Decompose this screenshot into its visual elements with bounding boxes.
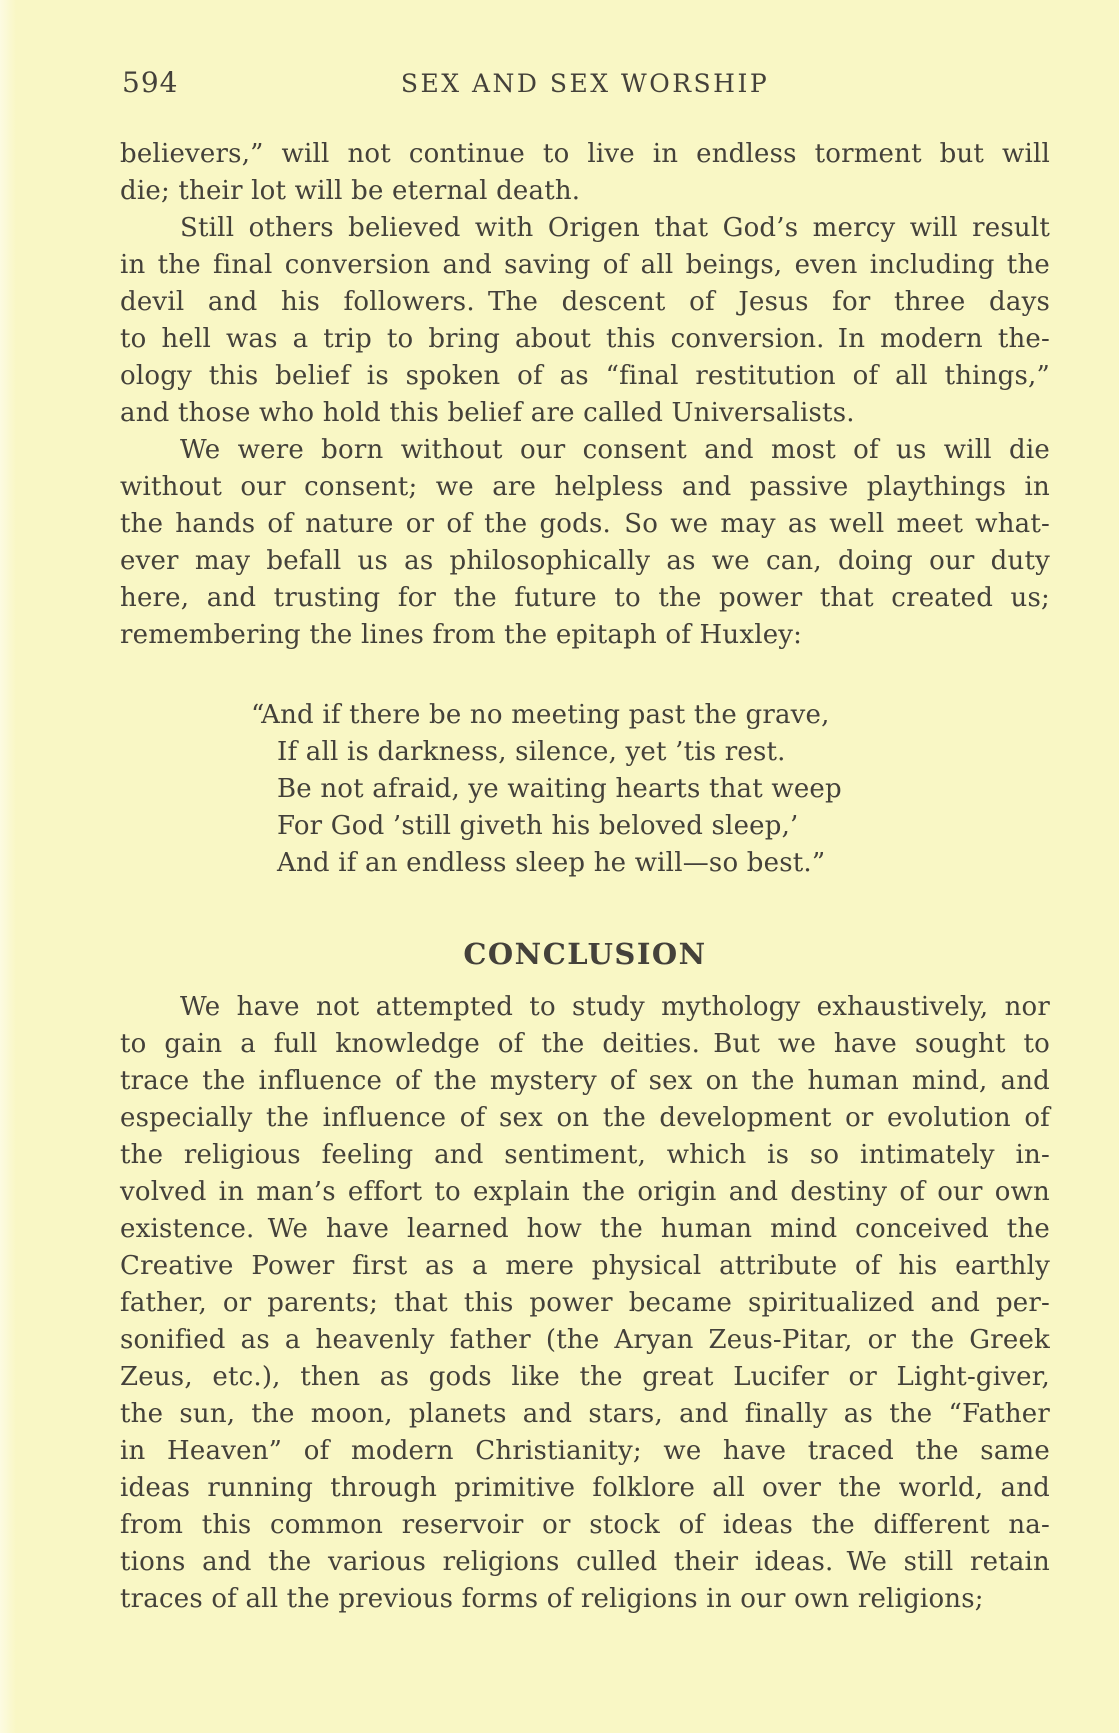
text-line: without our consent; we are helpless and… — [120, 469, 1050, 506]
text-line: sonified as a heavenly father (the Aryan… — [120, 1322, 1050, 1359]
paragraph: Still others believed with Origen that G… — [120, 210, 1050, 432]
paragraph: We were born without our consent and mos… — [120, 432, 1050, 654]
text-line: tions and the various religions culled t… — [120, 1544, 1050, 1581]
text-line: the hands of nature or of the gods. So w… — [120, 506, 1050, 543]
text-line: trace the influence of the mystery of se… — [120, 1063, 1050, 1100]
text-line: existence. We have learned how the human… — [120, 1211, 1050, 1248]
text-line: ever may befall us as philosophically as… — [120, 543, 1050, 580]
text-line: to gain a full knowledge of the deities.… — [120, 1026, 1050, 1063]
text-line: the sun, the moon, planets and stars, an… — [120, 1396, 1050, 1433]
text-line: in the final conversion and saving of al… — [120, 247, 1050, 284]
text-line: Creative Power first as a mere physical … — [120, 1248, 1050, 1285]
text-line: in Heaven” of modern Christianity; we ha… — [120, 1433, 1050, 1470]
text-line: “And if there be no meeting past the gra… — [277, 697, 842, 734]
text-line: volved in man’s effort to explain the or… — [120, 1174, 1050, 1211]
text-line: here, and trusting for the future to the… — [120, 580, 1050, 617]
text-line: from this common reservoir or stock of i… — [120, 1507, 1050, 1544]
text-line: to hell was a trip to bring about this c… — [120, 321, 1050, 358]
text-line: We have not attempted to study mythology… — [120, 989, 1050, 1026]
conclusion-text: We have not attempted to study mythology… — [120, 989, 1050, 1618]
text-line: If all is darkness, silence, yet ’tis re… — [277, 734, 842, 771]
section-heading: CONCLUSION — [120, 936, 1050, 973]
huxley-epitaph-poem: “And if there be no meeting past the gra… — [277, 697, 842, 882]
text-line: the religious feeling and sentiment, whi… — [120, 1137, 1050, 1174]
text-line: especially the influence of sex on the d… — [120, 1100, 1050, 1137]
paragraph: believers,” will not continue to live in… — [120, 136, 1050, 210]
text-line: traces of all the previous forms of reli… — [120, 1581, 1050, 1618]
text-line: ideas running through primitive folklore… — [120, 1470, 1050, 1507]
text-line: We were born without our consent and mos… — [120, 432, 1050, 469]
running-title: SEX AND SEX WORSHIP — [401, 69, 769, 98]
text-line: remembering the lines from the epitaph o… — [120, 617, 1050, 654]
text-line: ology this belief is spoken of as “final… — [120, 358, 1050, 395]
running-head: SEX AND SEX WORSHIP — [120, 69, 1050, 99]
book-page: 594 SEX AND SEX WORSHIP believers,” will… — [0, 0, 1119, 1733]
text-line: believers,” will not continue to live in… — [120, 136, 1050, 173]
text-line: Still others believed with Origen that G… — [120, 210, 1050, 247]
text-line: Zeus, etc.), then as gods like the great… — [120, 1359, 1050, 1396]
text-line: Be not afraid, ye waiting hearts that we… — [277, 771, 842, 808]
text-line: father, or parents; that this power beca… — [120, 1285, 1050, 1322]
paragraph: We have not attempted to study mythology… — [120, 989, 1050, 1618]
text-line: devil and his followers. The descent of … — [120, 284, 1050, 321]
text-line: and those who hold this belief are calle… — [120, 395, 1050, 432]
text-line: And if an endless sleep he will—so best.… — [277, 845, 842, 882]
opening-text: believers,” will not continue to live in… — [120, 136, 1050, 654]
text-line: die; their lot will be eternal death. — [120, 173, 1050, 210]
text-line: For God ’still giveth his beloved sleep,… — [277, 808, 842, 845]
